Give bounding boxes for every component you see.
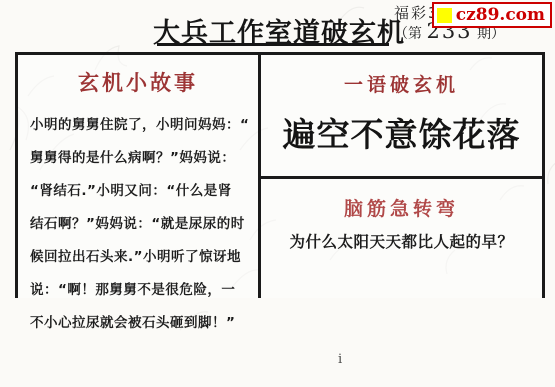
story-panel-title: 玄机小故事: [18, 67, 258, 97]
right-panel: 一语破玄机 遍空不意馀花落 脑筋急转弯 为什么太阳天天都比人起的早？: [261, 55, 542, 298]
logo-yellow-square-icon: [437, 8, 452, 23]
issue-suffix: 期）: [477, 26, 505, 42]
story-line: 舅舅得的是什么病啊？”妈妈说：: [30, 142, 250, 175]
logo-text: cz89.com: [456, 5, 545, 25]
story-line: 候回拉出石头来.”小明听了惊讶地: [30, 241, 250, 274]
page-number-mark: i: [338, 352, 342, 367]
story-panel: 玄机小故事 小明的舅舅住院了，小明问妈妈：“ 舅舅得的是什么病啊？”妈妈说： “…: [18, 55, 261, 298]
brain-teaser-title: 脑筋急转弯: [261, 194, 542, 221]
story-line: 小明的舅舅住院了，小明问妈妈：“: [30, 109, 250, 142]
content-frame: 玄机小故事 小明的舅舅住院了，小明问妈妈：“ 舅舅得的是什么病啊？”妈妈说： “…: [15, 52, 545, 298]
riddle-panel: 一语破玄机 遍空不意馀花落: [261, 55, 542, 179]
story-line: “肾结石.”小明又问：“什么是肾: [30, 175, 250, 208]
brain-teaser-panel: 脑筋急转弯 为什么太阳天天都比人起的早？: [261, 179, 542, 298]
title-underline: [157, 43, 389, 46]
issue-prefix: （第: [394, 26, 422, 42]
riddle-phrase: 遍空不意馀花落: [261, 109, 542, 156]
cz89-logo[interactable]: cz89.com: [432, 2, 552, 28]
brain-teaser-question: 为什么太阳天天都比人起的早？: [261, 230, 542, 252]
riddle-panel-title: 一语破玄机: [261, 70, 542, 97]
story-line: 结石啊？”妈妈说：“就是尿尿的时: [30, 208, 250, 241]
issue-line: （第 233 期）: [394, 26, 505, 42]
story-line: 不小心拉尿就会被石头砸到脚！”: [30, 307, 250, 340]
story-line: 说：“啊！那舅舅不是很危险，一: [30, 274, 250, 307]
lottery-tip-sheet: 大兵工作室道破玄机 福彩3 （第 233 期） cz89.com 玄机小故事 小…: [0, 0, 555, 387]
story-text: 小明的舅舅住院了，小明问妈妈：“ 舅舅得的是什么病啊？”妈妈说： “肾结石.”小…: [30, 109, 250, 340]
